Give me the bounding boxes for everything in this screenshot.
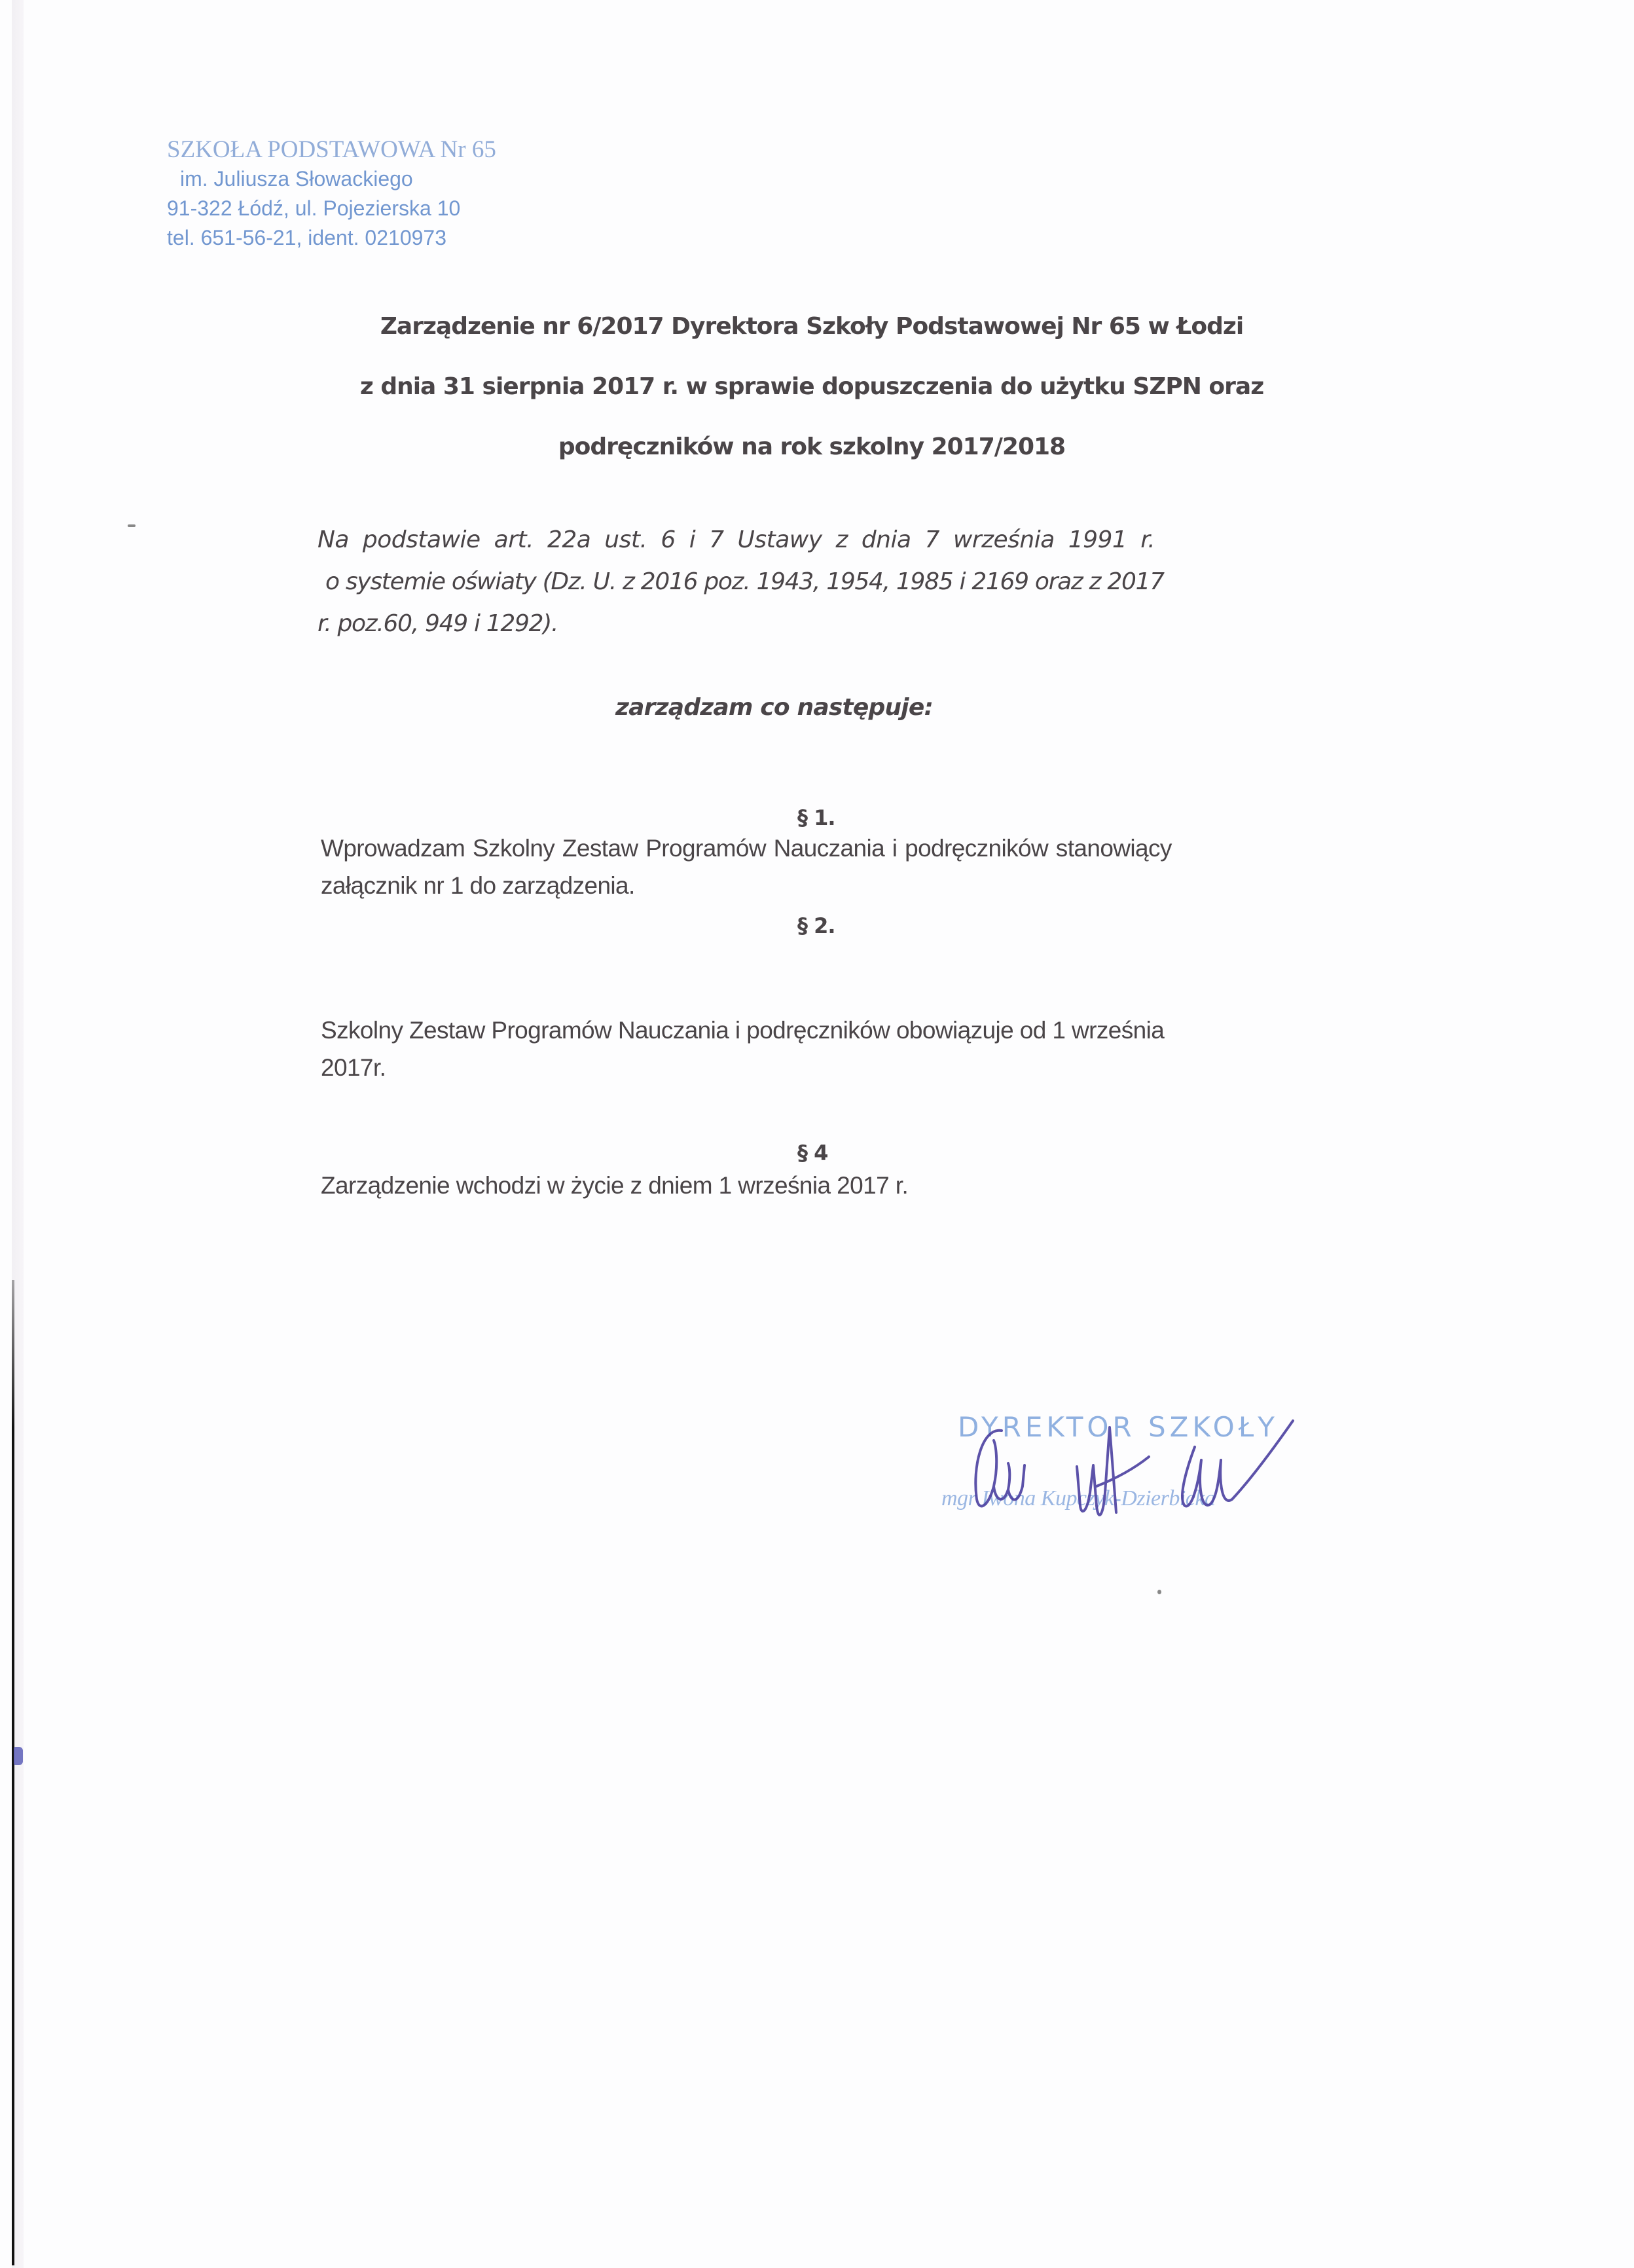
document-title: Zarządzenie nr 6/2017 Dyrektora Szkoły P… (321, 313, 1303, 340)
legal-basis-line: o systemie oświaty (Dz. U. z 2016 poz. 1… (325, 568, 1353, 595)
document-title-subject: podręczników na rok szkolny 2017/2018 (321, 433, 1303, 460)
stamp-address: 91-322 Łódź, ul. Pojezierska 10 (167, 194, 496, 223)
stamp-contact: tel. 651-56-21, ident. 0210973 (167, 223, 496, 253)
stamp-patron: im. Juliusza Słowackiego (167, 164, 496, 194)
decree-phrase: zarządzam co następuje: (615, 694, 933, 721)
section-4-text: Zarządzenie wchodzi w życie z dniem 1 wr… (321, 1172, 908, 1199)
handwritten-signature (962, 1408, 1303, 1526)
section-1-text: załącznik nr 1 do zarządzenia. (321, 872, 635, 900)
section-mark-1: § 1. (797, 805, 835, 830)
section-mark-2: § 2. (797, 913, 835, 938)
scan-edge-shadow (12, 1280, 14, 2265)
section-1-text: Wprowadzam Szkolny Zestaw Programów Nauc… (321, 835, 1172, 862)
legal-basis-line: Na podstawie art. 22a ust. 6 i 7 Ustawy … (318, 526, 1345, 553)
stamp-school-name: SZKOŁA PODSTAWOWA Nr 65 (167, 135, 496, 164)
ink-blot-mark (14, 1747, 23, 1765)
section-2-text: Szkolny Zestaw Programów Nauczania i pod… (321, 1017, 1164, 1044)
scan-speck (128, 524, 136, 527)
legal-basis-line: r. poz.60, 949 i 1292). (318, 610, 1345, 637)
section-2-text: 2017r. (321, 1054, 386, 1082)
school-stamp: SZKOŁA PODSTAWOWA Nr 65 im. Juliusza Sło… (167, 135, 496, 253)
scan-speck (1157, 1590, 1161, 1594)
section-mark-4: § 4 (797, 1141, 827, 1165)
document-title-date: z dnia 31 sierpnia 2017 r. w sprawie dop… (321, 373, 1303, 400)
